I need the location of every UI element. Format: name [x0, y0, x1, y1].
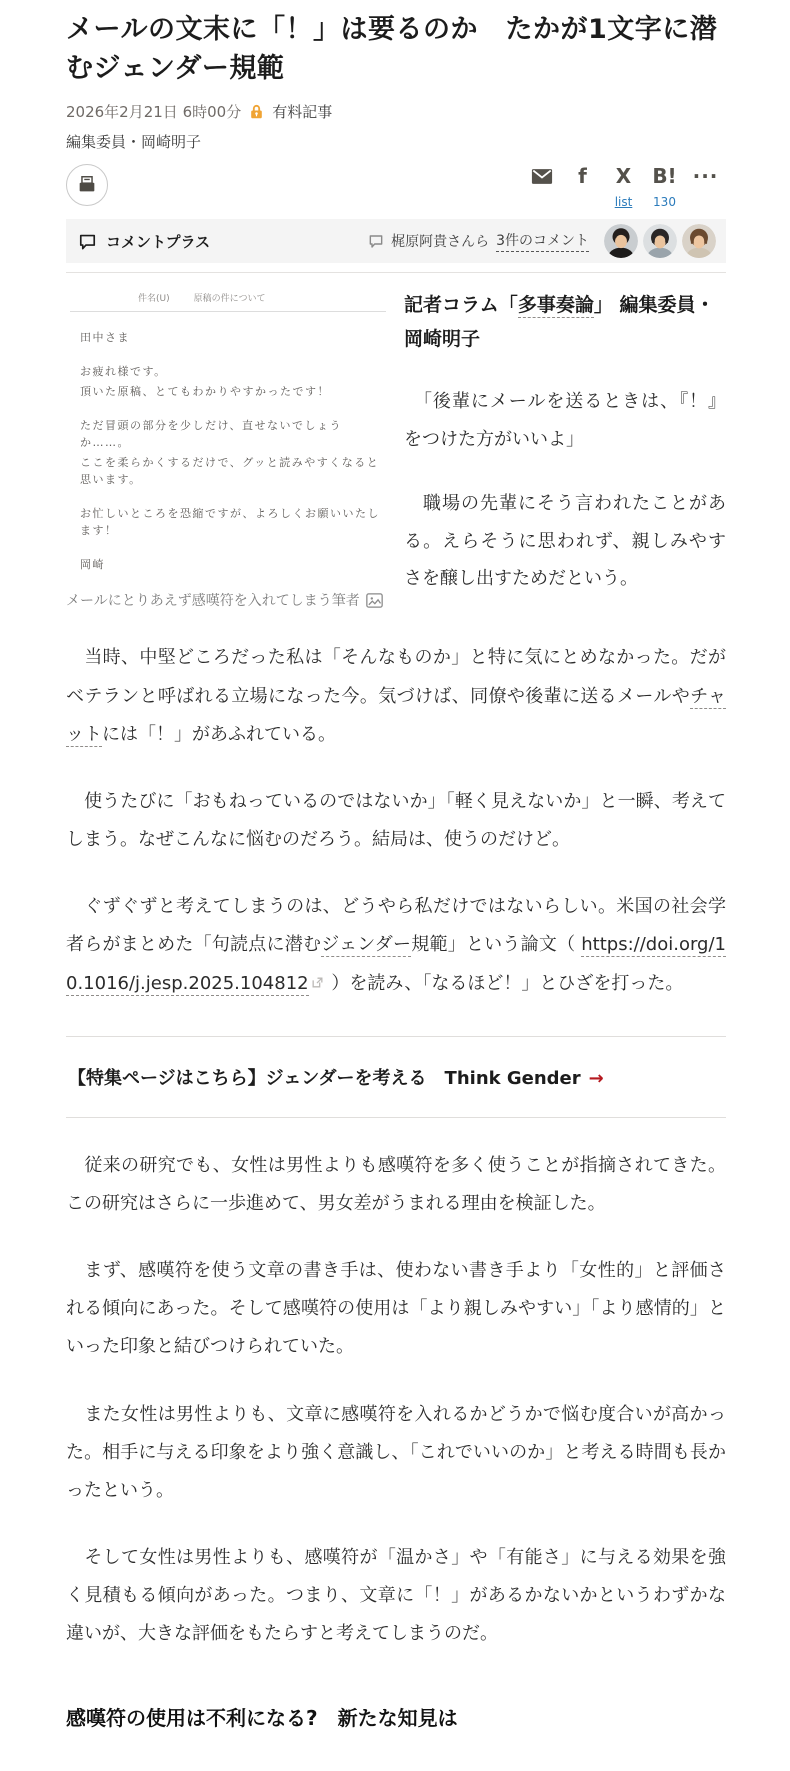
envelope-icon — [531, 164, 553, 188]
figure-caption: メールにとりあえず感嘆符を入れてしまう筆者 — [66, 590, 390, 610]
publish-date: 2026年2月21日 6時00分 — [66, 101, 241, 122]
article-tools: f X list B! 130 ··· — [66, 164, 726, 209]
print-button[interactable] — [66, 164, 108, 206]
paragraph-6: また女性は男性よりも、文章に感嘆符を入れるかどうかで悩む度合いが高かった。相手に… — [66, 1396, 726, 1510]
commenter-avatar-2[interactable] — [643, 224, 677, 258]
picture-icon[interactable] — [366, 593, 383, 608]
x-list-link[interactable]: list — [615, 195, 633, 209]
author-byline: 編集委員・岡崎明子 — [66, 131, 726, 152]
share-email-button[interactable] — [521, 164, 562, 188]
comment-bubble-icon — [368, 233, 384, 249]
email-line: ただ冒頭の部分を少しだけ、直せないでしょうか……。 — [80, 417, 386, 451]
paragraph-7: そして女性は男性よりも、感嘆符が「温かさ」や「有能さ」に与える効果を強く見積もる… — [66, 1539, 726, 1653]
email-line: 岡崎 — [80, 556, 386, 573]
facebook-icon: f — [578, 164, 587, 188]
paragraph-text: 規範」という論文（ — [411, 934, 581, 955]
share-more-button[interactable]: ··· — [685, 164, 726, 188]
email-subject-label: 件名(U) — [138, 291, 170, 304]
paragraph-senpai: 職場の先輩にそう言われたことがある。えらそうに思われず、親しみやすさを醸し出すた… — [404, 485, 726, 597]
hatena-bookmark-icon: B! — [652, 164, 676, 188]
lead-text-column: 記者コラム「多事奏論」 編集委員・岡崎明子 「後輩にメールを送るときは、『！』を… — [404, 281, 726, 610]
column-heading-text: 記者コラム「 — [404, 294, 518, 316]
speech-bubble-icon — [78, 232, 97, 251]
paragraph-4: 従来の研究でも、女性は男性よりも感嘆符を多く使うことが指摘されてきた。この研究は… — [66, 1147, 726, 1223]
lock-icon — [248, 103, 265, 120]
article-meta: 2026年2月21日 6時00分 有料記事 — [66, 101, 726, 122]
email-line: 田中さま — [80, 329, 386, 346]
share-x-button[interactable]: X list — [603, 164, 644, 209]
paragraph-2: 使うたびに「おもねっているのではないか」「軽く見えないか」と一瞬、考えてしまう。… — [66, 783, 726, 859]
email-screenshot: 件名(U) 原稿の件について 田中さま お疲れ様です。 頂いた原稿、とてもわかり… — [66, 281, 390, 577]
email-body: 田中さま お疲れ様です。 頂いた原稿、とてもわかりやすかったです！ ただ冒頭の部… — [70, 329, 386, 573]
comment-plus-header: コメントプラス — [78, 231, 210, 252]
commenter-avatar-1[interactable] — [604, 224, 638, 258]
commenter-avatar-3[interactable] — [682, 224, 716, 258]
page-title: メールの文末に「！」は要るのか たかが1文字に潜むジェンダー規範 — [66, 10, 726, 88]
external-link-icon — [311, 965, 324, 1003]
lead-figure: 件名(U) 原稿の件について 田中さま お疲れ様です。 頂いた原稿、とてもわかり… — [66, 281, 390, 610]
feature-page-link[interactable]: 【特集ページはこちら】ジェンダーを考える Think Gender→ — [66, 1036, 726, 1118]
paragraph-text: 当時、中堅どころだった私は「そんなものか」と特に気にとめなかった。だがベテランと… — [66, 647, 726, 706]
more-options-icon: ··· — [693, 164, 719, 188]
keyword-link-gender[interactable]: ジェンダー — [321, 934, 411, 957]
paragraph-text: ）を読み、「なるほど！」とひざを打った。 — [326, 973, 684, 994]
paragraph-1: 当時、中堅どころだった私は「そんなものか」と特に気にとめなかった。だがベテランと… — [66, 639, 726, 753]
email-line: お忙しいところを恐縮ですが、よろしくお願いいたします！ — [80, 505, 386, 539]
paragraph-5: まず、感嘆符を使う文章の書き手は、使わない書き手より「女性的」と評価される傾向に… — [66, 1252, 726, 1366]
email-subject-row: 件名(U) 原稿の件について — [70, 287, 386, 312]
email-line: お疲れ様です。 — [80, 363, 386, 380]
feature-link-text: 【特集ページはこちら】ジェンダーを考える Think Gender — [68, 1068, 581, 1089]
divider — [66, 272, 726, 273]
figure-caption-text: メールにとりあえず感嘆符を入れてしまう筆者 — [66, 590, 360, 610]
commenter-avatars — [604, 224, 716, 258]
share-hatena-button[interactable]: B! 130 — [644, 164, 685, 209]
comment-plus-bar[interactable]: コメントプラス 梶原阿貴さんら3件のコメント — [66, 219, 726, 263]
commenters-names: 梶原阿貴さんら — [391, 231, 489, 251]
email-subject-value: 原稿の件について — [194, 291, 266, 304]
email-line: 頂いた原稿、とてもわかりやすかったです！ — [80, 383, 386, 400]
paid-article-badge: 有料記事 — [272, 101, 332, 122]
lead-section: 件名(U) 原稿の件について 田中さま お疲れ様です。 頂いた原稿、とてもわかり… — [66, 281, 726, 610]
paragraph-3: ぐずぐずと考えてしまうのは、どうやら私だけではないらしい。米国の社会学者らがまと… — [66, 888, 726, 1002]
share-facebook-button[interactable]: f — [562, 164, 603, 188]
article-page: メールの文末に「！」は要るのか たかが1文字に潜むジェンダー規範 2026年2月… — [0, 0, 790, 1771]
share-buttons: f X list B! 130 ··· — [521, 164, 726, 209]
paragraph-quote: 「後輩にメールを送るときは、『！』をつけた方がいいよ」 — [404, 383, 726, 458]
section-subheading: 感嘆符の使用は不利になる? 新たな知見は — [66, 1702, 726, 1731]
red-arrow-icon: → — [589, 1068, 604, 1089]
printer-icon — [76, 174, 98, 196]
comment-count-link[interactable]: 3件のコメント — [496, 230, 589, 252]
paragraph-text: には「！」があふれている。 — [102, 724, 336, 745]
comment-plus-title: コメントプラス — [106, 231, 210, 252]
comment-plus-summary: 梶原阿貴さんら3件のコメント — [368, 224, 716, 258]
column-heading: 記者コラム「多事奏論」 編集委員・岡崎明子 — [404, 288, 726, 356]
email-line: ここを柔らかくするだけで、グッと読みやすくなると思います。 — [80, 454, 386, 488]
hatena-bookmark-count: 130 — [653, 195, 676, 209]
x-icon: X — [616, 164, 631, 188]
keyword-link-tajisoron[interactable]: 多事奏論 — [518, 294, 594, 318]
